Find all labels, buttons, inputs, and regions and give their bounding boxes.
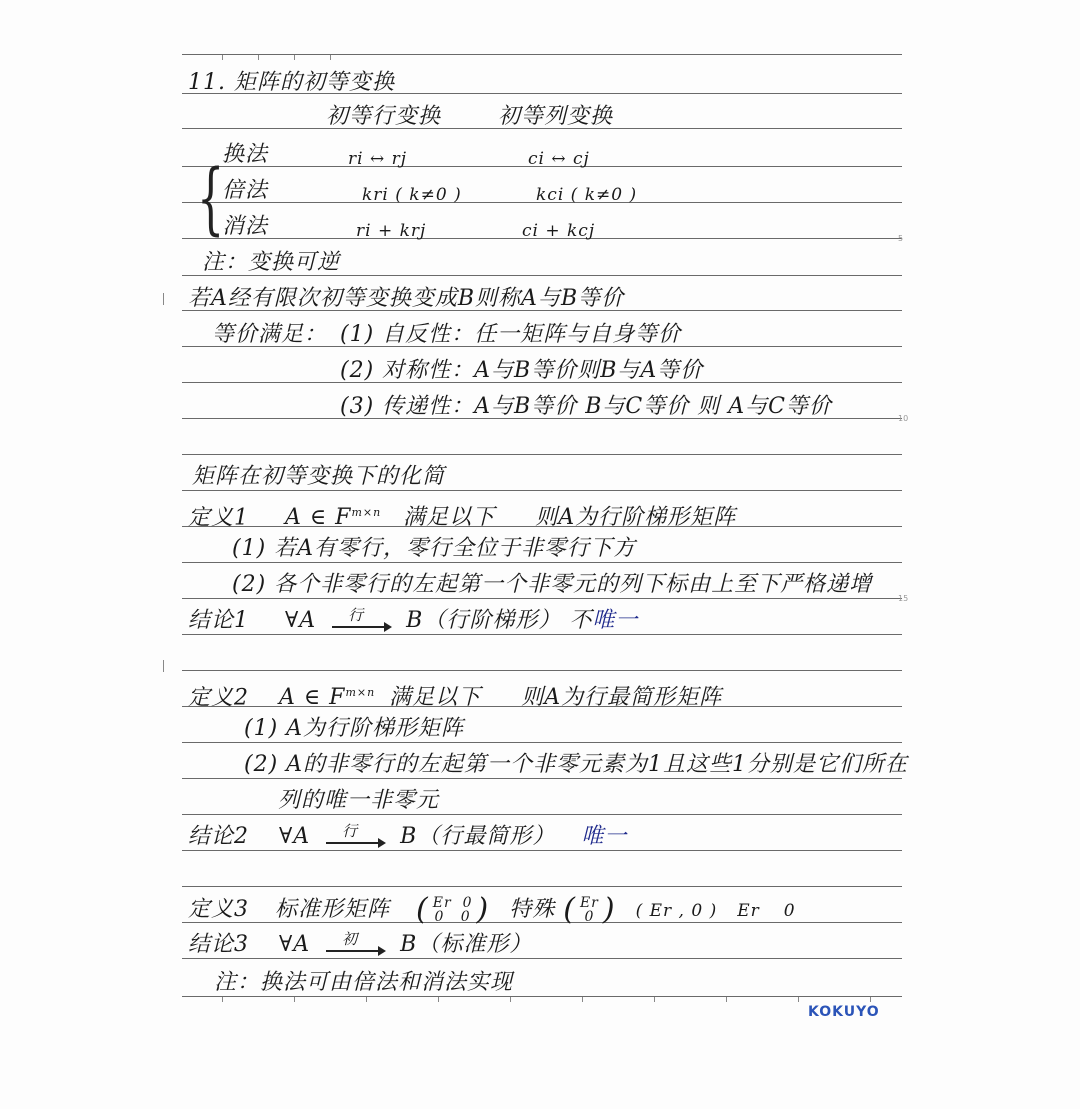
zero-form: 0 [784,901,796,921]
matrix-cell: 0 [584,909,594,925]
arrow-label: 初 [342,926,358,952]
op-name-add: 消法 [222,214,268,240]
ruled-line [182,490,902,491]
margin-mark [163,293,164,305]
notebook-page: 5 10 15 11. 矩阵的初等变换 初等行变换 初等列变换 { 换法 ri … [0,0,1080,1109]
ruled-line [182,850,902,851]
forall-expr: ∀A [285,608,316,633]
ruler-tick [654,997,655,1002]
arrow-icon: 行 [332,614,390,628]
conclusion-label: 结论1 [188,608,249,633]
dimension-superscript: m×n [351,506,381,519]
condition: 满足以下 [403,505,495,530]
ruler-tick [258,55,259,60]
ruler-tick [366,997,367,1002]
arrow-label: 行 [348,602,364,628]
conclusion-1: 结论1 ∀A 行 B（行阶梯形） 不唯一 [188,608,638,634]
conclusion-3: 结论3 ∀A 初 B（标准形） [188,932,532,958]
ruled-line [182,814,902,815]
ruler-tick [438,997,439,1002]
uniqueness: 唯一 [592,608,638,633]
op-row-scale: kri ( k≠0 ) [362,182,462,208]
definition-1-item-1: (1) 若A有零行，零行全位于非零行下方 [232,536,636,562]
forall-expr: ∀A [279,824,310,849]
ruler-tick [222,997,223,1002]
line-number: 5 [898,234,903,243]
arrow-icon: 行 [326,830,384,844]
condition: 满足以下 [389,685,481,710]
arrow-icon: 初 [326,938,384,952]
ruled-line [182,634,902,635]
conclusion-label: 结论2 [188,824,249,849]
equivalence-label: 等价满足： [212,322,327,348]
brand-logo: KOKUYO [808,1004,880,1020]
definition-result: 则A为行最简形矩阵 [521,685,722,710]
ruler-tick [798,997,799,1002]
ruled-line [182,54,902,55]
definition-2-item-2-cont: 列的唯一非零元 [278,788,439,814]
section-title: 矩阵在初等变换下的化简 [192,464,445,490]
ruler-tick [294,997,295,1002]
conclusion-target: B（行最简形） [400,824,555,849]
definition-label: 定义1 [188,505,249,530]
definition-label: 定义2 [188,685,249,710]
uniqueness-prefix: 不 [569,608,592,633]
ruler-tick [726,997,727,1002]
ruler-tick [870,997,871,1002]
ruler-tick [582,997,583,1002]
definition-1-item-2: (2) 各个非零行的左起第一个非零元的列下标由上至下严格递增 [232,572,872,598]
ruled-line [182,778,902,779]
ruled-line [182,958,902,959]
identity-form: Er [737,901,760,921]
conclusion-2: 结论2 ∀A 行 B（行最简形） 唯一 [188,824,627,850]
row-form: ( Er , 0 ) [636,901,718,921]
definition-2-item-1: (1) A为行阶梯形矩阵 [244,716,464,742]
dimension-superscript: m×n [345,686,375,699]
ruler-tick [330,55,331,60]
set-membership: A ∈ F [279,685,345,710]
col-header-col-ops: 初等列变换 [498,104,613,130]
standard-form-name: 标准形矩阵 [275,897,390,922]
right-paren: ) [603,892,616,927]
set-membership: A ∈ F [285,505,351,530]
op-name-swap: 换法 [222,142,268,168]
ruled-line [182,598,902,599]
property-symmetric: (2) 对称性：A与B等价则B与A等价 [340,358,703,384]
conclusion-target: B（标准形） [400,932,532,957]
section-title: 11. 矩阵的初等变换 [188,70,395,96]
line-number: 15 [898,594,908,603]
ruled-line [182,454,902,455]
conclusion-target: B（行阶梯形） [406,608,561,633]
definition-3: 定义3 标准形矩阵 ( Er 0 0 0 ) 特殊 (Er0) ( Er , 0… [188,896,796,924]
ruled-line [182,996,902,997]
ruled-line [182,742,902,743]
right-paren: ) [476,892,489,927]
op-row-add: ri + krj [356,218,426,244]
equivalence-definition: 若A经有限次初等变换变成B则称A与B等价 [188,286,624,312]
special-label: 特殊 [509,897,555,922]
op-col-swap: ci ↔ cj [528,146,590,172]
left-brace-icon: { [197,160,224,238]
op-name-scale: 倍法 [222,178,268,204]
definition-1: 定义1 A ∈ Fm×n 满足以下 则A为行阶梯形矩阵 [188,500,736,531]
definition-label: 定义3 [188,897,249,922]
matrix-cell: 0 [435,909,445,925]
op-row-swap: ri ↔ rj [348,146,407,172]
definition-result: 则A为行阶梯形矩阵 [535,505,736,530]
uniqueness: 唯一 [581,824,627,849]
arrow-label: 行 [342,818,358,844]
property-transitive: (3) 传递性：A与B等价 B与C等价 则 A与C等价 [340,394,832,420]
note-reversible: 注：变换可逆 [202,250,340,276]
col-header-row-ops: 初等行变换 [326,104,441,130]
column-matrix: Er0 [580,896,599,924]
conclusion-label: 结论3 [188,932,249,957]
final-note: 注：换法可由倍法和消法实现 [214,970,513,996]
definition-2: 定义2 A ∈ Fm×n 满足以下 则A为行最简形矩阵 [188,680,722,711]
ruled-line [182,886,902,887]
line-number: 10 [898,414,908,423]
op-col-add: ci + kcj [522,218,595,244]
property-reflexive: (1) 自反性：任一矩阵与自身等价 [340,322,681,348]
margin-mark [163,660,164,672]
ruler-tick [222,55,223,60]
left-paren: ( [563,892,576,927]
ruled-line [182,562,902,563]
forall-expr: ∀A [279,932,310,957]
ruler-tick [510,997,511,1002]
definition-2-item-2: (2) A的非零行的左起第一个非零元素为1且这些1分别是它们所在 [244,752,908,778]
ruler-tick [294,55,295,60]
block-matrix: Er 0 0 0 [433,896,473,924]
matrix-cell: 0 [461,909,471,925]
ruled-line [182,670,902,671]
left-paren: ( [416,892,429,927]
op-col-scale: kci ( k≠0 ) [536,182,637,208]
